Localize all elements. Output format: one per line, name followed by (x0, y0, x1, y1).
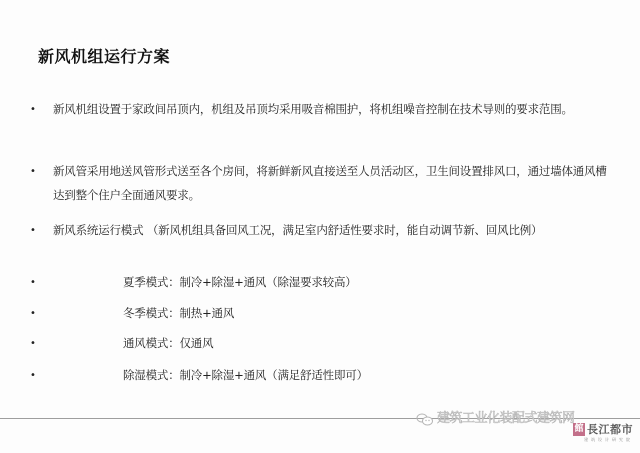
bullet-text: 新风管采用地送风管形式送至各个房间，将新鲜新风直接送至人员活动区，卫生间设置排风… (53, 160, 608, 207)
slide-title: 新风机组运行方案 (38, 44, 170, 67)
logo-text: 長江都市 (587, 421, 633, 437)
watermark-text: 建筑工业化装配式建筑网 (437, 412, 575, 426)
bullet-icon: • (30, 364, 36, 388)
bullet-icon: • (30, 98, 36, 122)
publisher-logo: 館 長江都市 (573, 421, 633, 437)
mode-text-winter: 冬季模式：制热+通风 (123, 302, 640, 326)
wechat-icon (416, 413, 434, 426)
bullet-text: 新风系统运行模式 （新风机组具备回风工况，满足室内舒适性要求时，能自动调节新、回… (53, 219, 608, 243)
mode-text-ventilation: 通风模式：仅通风 (123, 332, 640, 356)
logo-mark-icon: 館 (573, 423, 585, 436)
bullet-icon: • (30, 160, 36, 184)
bullet-text: 新风机组设置于家政间吊顶内，机组及吊顶均采用吸音棉围护，将机组噪音控制在技术导则… (53, 98, 608, 122)
mode-text-summer: 夏季模式：制冷+除湿+通风（除湿要求较高） (123, 271, 640, 295)
bullet-icon: • (30, 219, 36, 243)
mode-text-dehumidify: 除湿模式：制冷+除湿+通风（满足舒适性即可） (123, 364, 640, 388)
bullet-icon: • (30, 271, 36, 295)
bullet-icon: • (30, 332, 36, 356)
bullet-icon: • (30, 302, 36, 326)
watermark: 建筑工业化装配式建筑网 (416, 412, 575, 426)
logo-subtext: 建筑设计研究院 (584, 437, 633, 443)
